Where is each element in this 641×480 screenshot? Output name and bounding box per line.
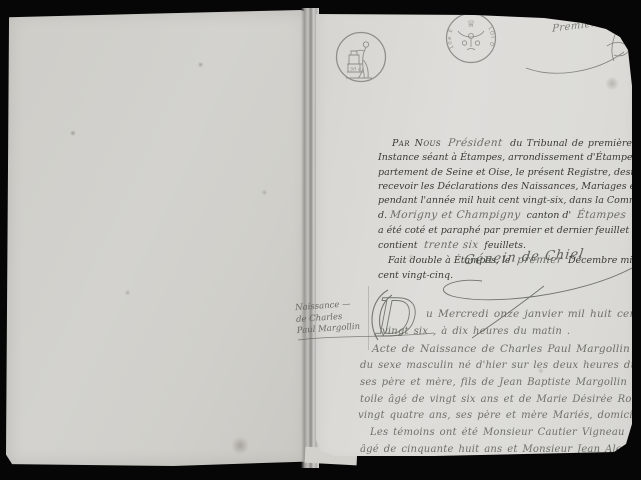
printed-line: Instance séant à Étampes, arrondissement… [378, 151, 632, 165]
handwritten-insert: Étampes [573, 208, 630, 222]
act-line: ses père et mère, fils de Jean Baptiste … [360, 377, 641, 388]
handwritten-insert: Morigny et Champigny [386, 208, 524, 222]
crown-stamp-icon: ♕ 10e EN SUS LOI DE 1816 [445, 12, 497, 64]
handwritten-insert: trente six [420, 238, 482, 252]
crown-glyph: ♕ [467, 19, 476, 30]
svg-text:10e EN SUS: 10e EN SUS [443, 8, 456, 50]
act-line: Acte de Naissance de Charles Paul Margol… [372, 343, 630, 355]
printed-text: Par Nous [392, 138, 441, 149]
printed-line: Par Nous Président du Tribunal de premiè… [378, 136, 632, 151]
act-line: Les témoins ont été Monsieur Cautier Vig… [370, 427, 641, 438]
stamp-arc-left-text: 10e EN SUS [443, 8, 456, 50]
act-line: vingt quatre ans, ses père et mère Marié… [358, 410, 641, 421]
act-line: toile âgé de vingt six ans et de Marie D… [360, 394, 641, 405]
handwritten-insert: Président [445, 136, 507, 150]
left-blank-page [6, 10, 310, 466]
register-photo: 50 c ♕ 10e EN SUS LOI DE 1816 [0, 0, 641, 480]
stamp-denomination: 50 c [350, 67, 361, 73]
right-register-page: 50 c ♕ 10e EN SUS LOI DE 1816 [314, 6, 638, 462]
margin-note-underline [296, 330, 436, 344]
printed-text: du Tribunal de première [510, 138, 632, 149]
printed-text: canton d' [527, 210, 571, 221]
printed-text: contient [378, 240, 418, 251]
printed-line: a été coté et paraphé par premier et der… [378, 224, 632, 238]
act-line: âgé de cinquante huit ans et Monsieur Je… [360, 444, 641, 455]
act-line: du sexe masculin né d'hier sur les deux … [360, 360, 641, 371]
revenue-stamp-50c-icon: 50 c [335, 31, 387, 83]
printed-line: recevoir les Déclarations des Naissances… [378, 180, 632, 194]
printed-line: d.Morigny et Champigny canton d' Étampes [378, 208, 632, 223]
printed-line: partement de Seine et Oise, le présent R… [378, 166, 632, 180]
folio-paraph-flourish [524, 28, 634, 78]
printed-line: pendant l'année mil huit cent vingt-six,… [378, 194, 632, 208]
